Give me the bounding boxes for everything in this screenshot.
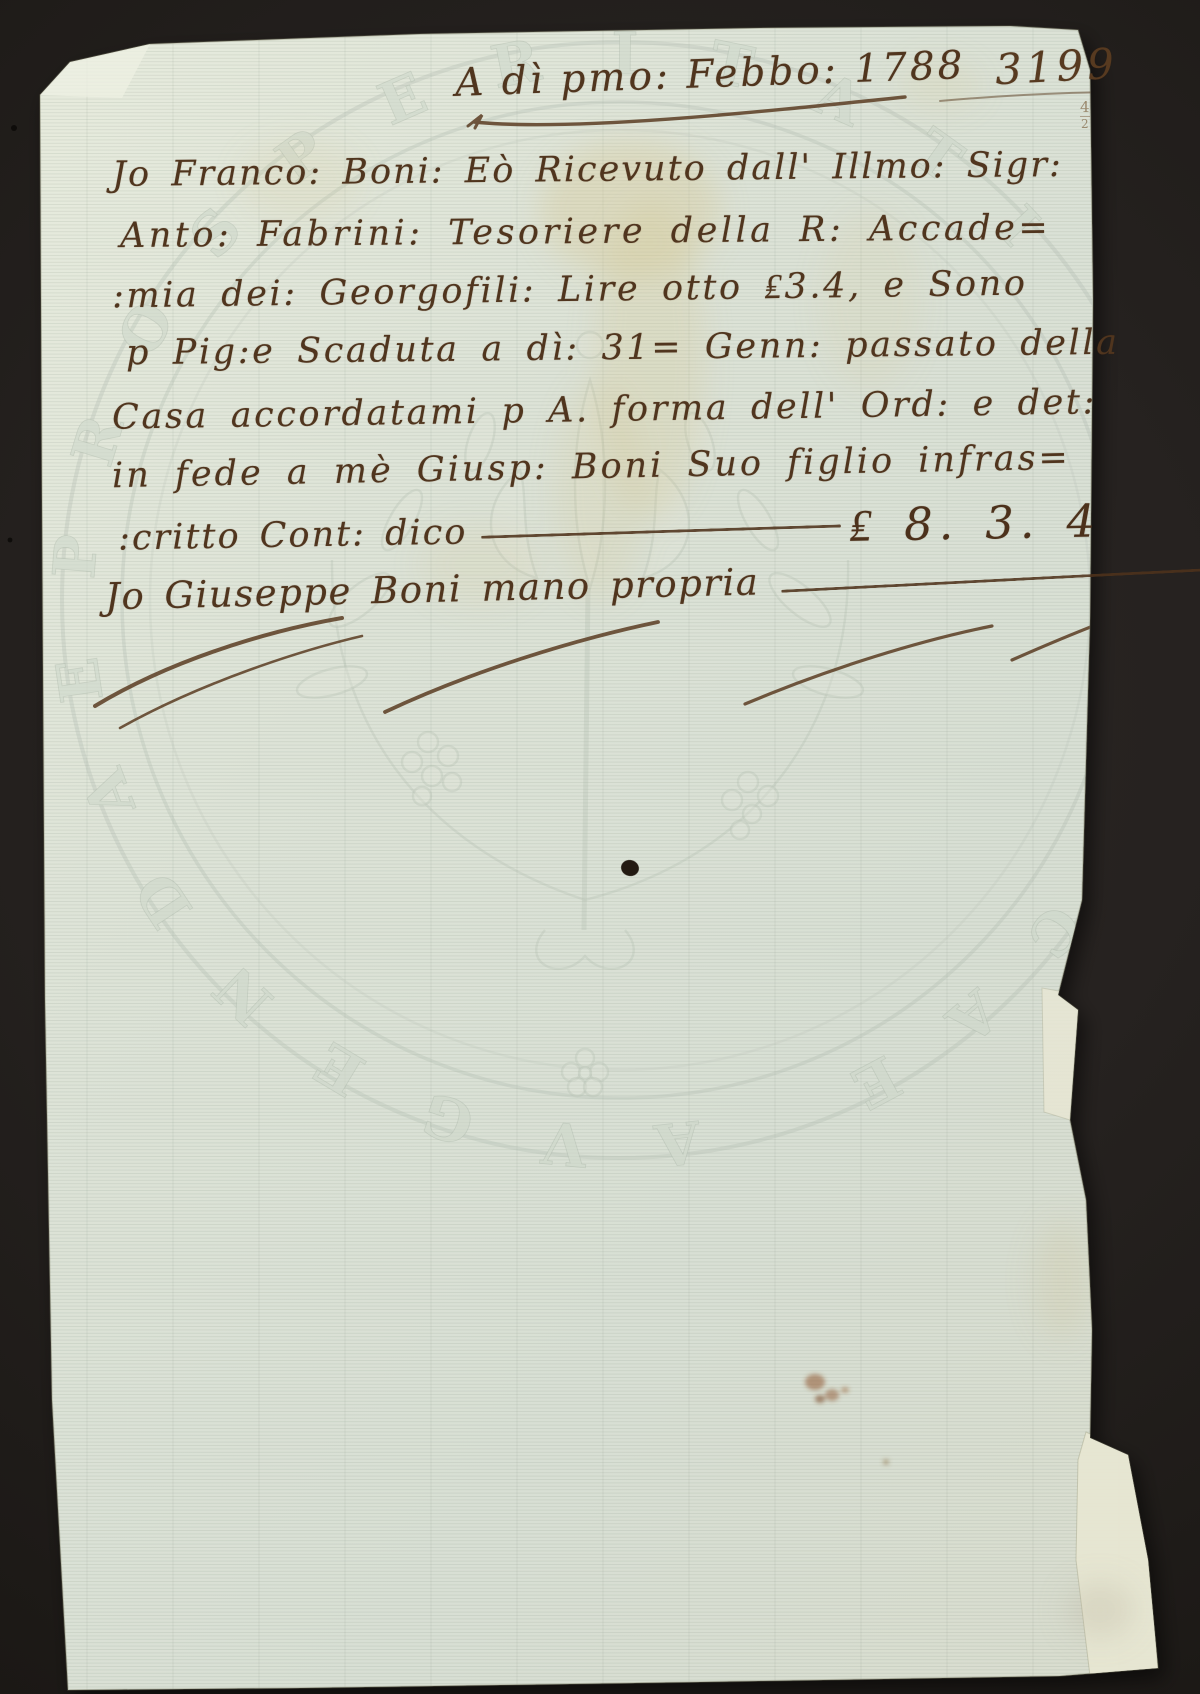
corner-mark-top: 4 [1080,100,1090,117]
scanned-document: PROSPERITATI PVBLICAE AVGENDAE [0,0,1200,1694]
body-line-6: in fede a mè Giusp: Boni Suo figlio infr… [112,438,1071,496]
date-line: A dì pmo: Febbo: 1788 [454,43,966,106]
body-line-5: Casa accordatami p A. forma dell' Ord: e… [112,382,1098,437]
dash-rule [481,524,841,538]
body-line-1: Jo Franco: Boni: Eò Ricevuto dall' Illmo… [112,145,1063,195]
handwriting-layer: A dì pmo: Febbo: 1788 3199 4 2 Jo Franco… [0,0,1200,1694]
body-line-2: Anto: Fabrini: Tesoriere della R: Accade… [120,208,1052,256]
corner-mark-bottom: 2 [1081,118,1089,130]
signature-dash-rule [782,565,1200,593]
body-line-4: p Pig:e Scaduta a dì: 31= Genn: passato … [126,323,1120,373]
amount-value: ₤ 8. 3. 4 [849,494,1102,551]
body-line-7: :critto Cont: dico ₤ 8. 3. 4 [118,494,1102,564]
signature-text: Jo Giuseppe Boni mano propria [105,560,760,618]
body-line-3: :mia dei: Georgofili: Lire otto ₤3.4, e … [112,264,1028,317]
archive-number: 3199 [994,39,1119,94]
body-line-7-text: :critto Cont: dico [118,512,468,558]
corner-mark: 4 2 [1080,100,1090,130]
